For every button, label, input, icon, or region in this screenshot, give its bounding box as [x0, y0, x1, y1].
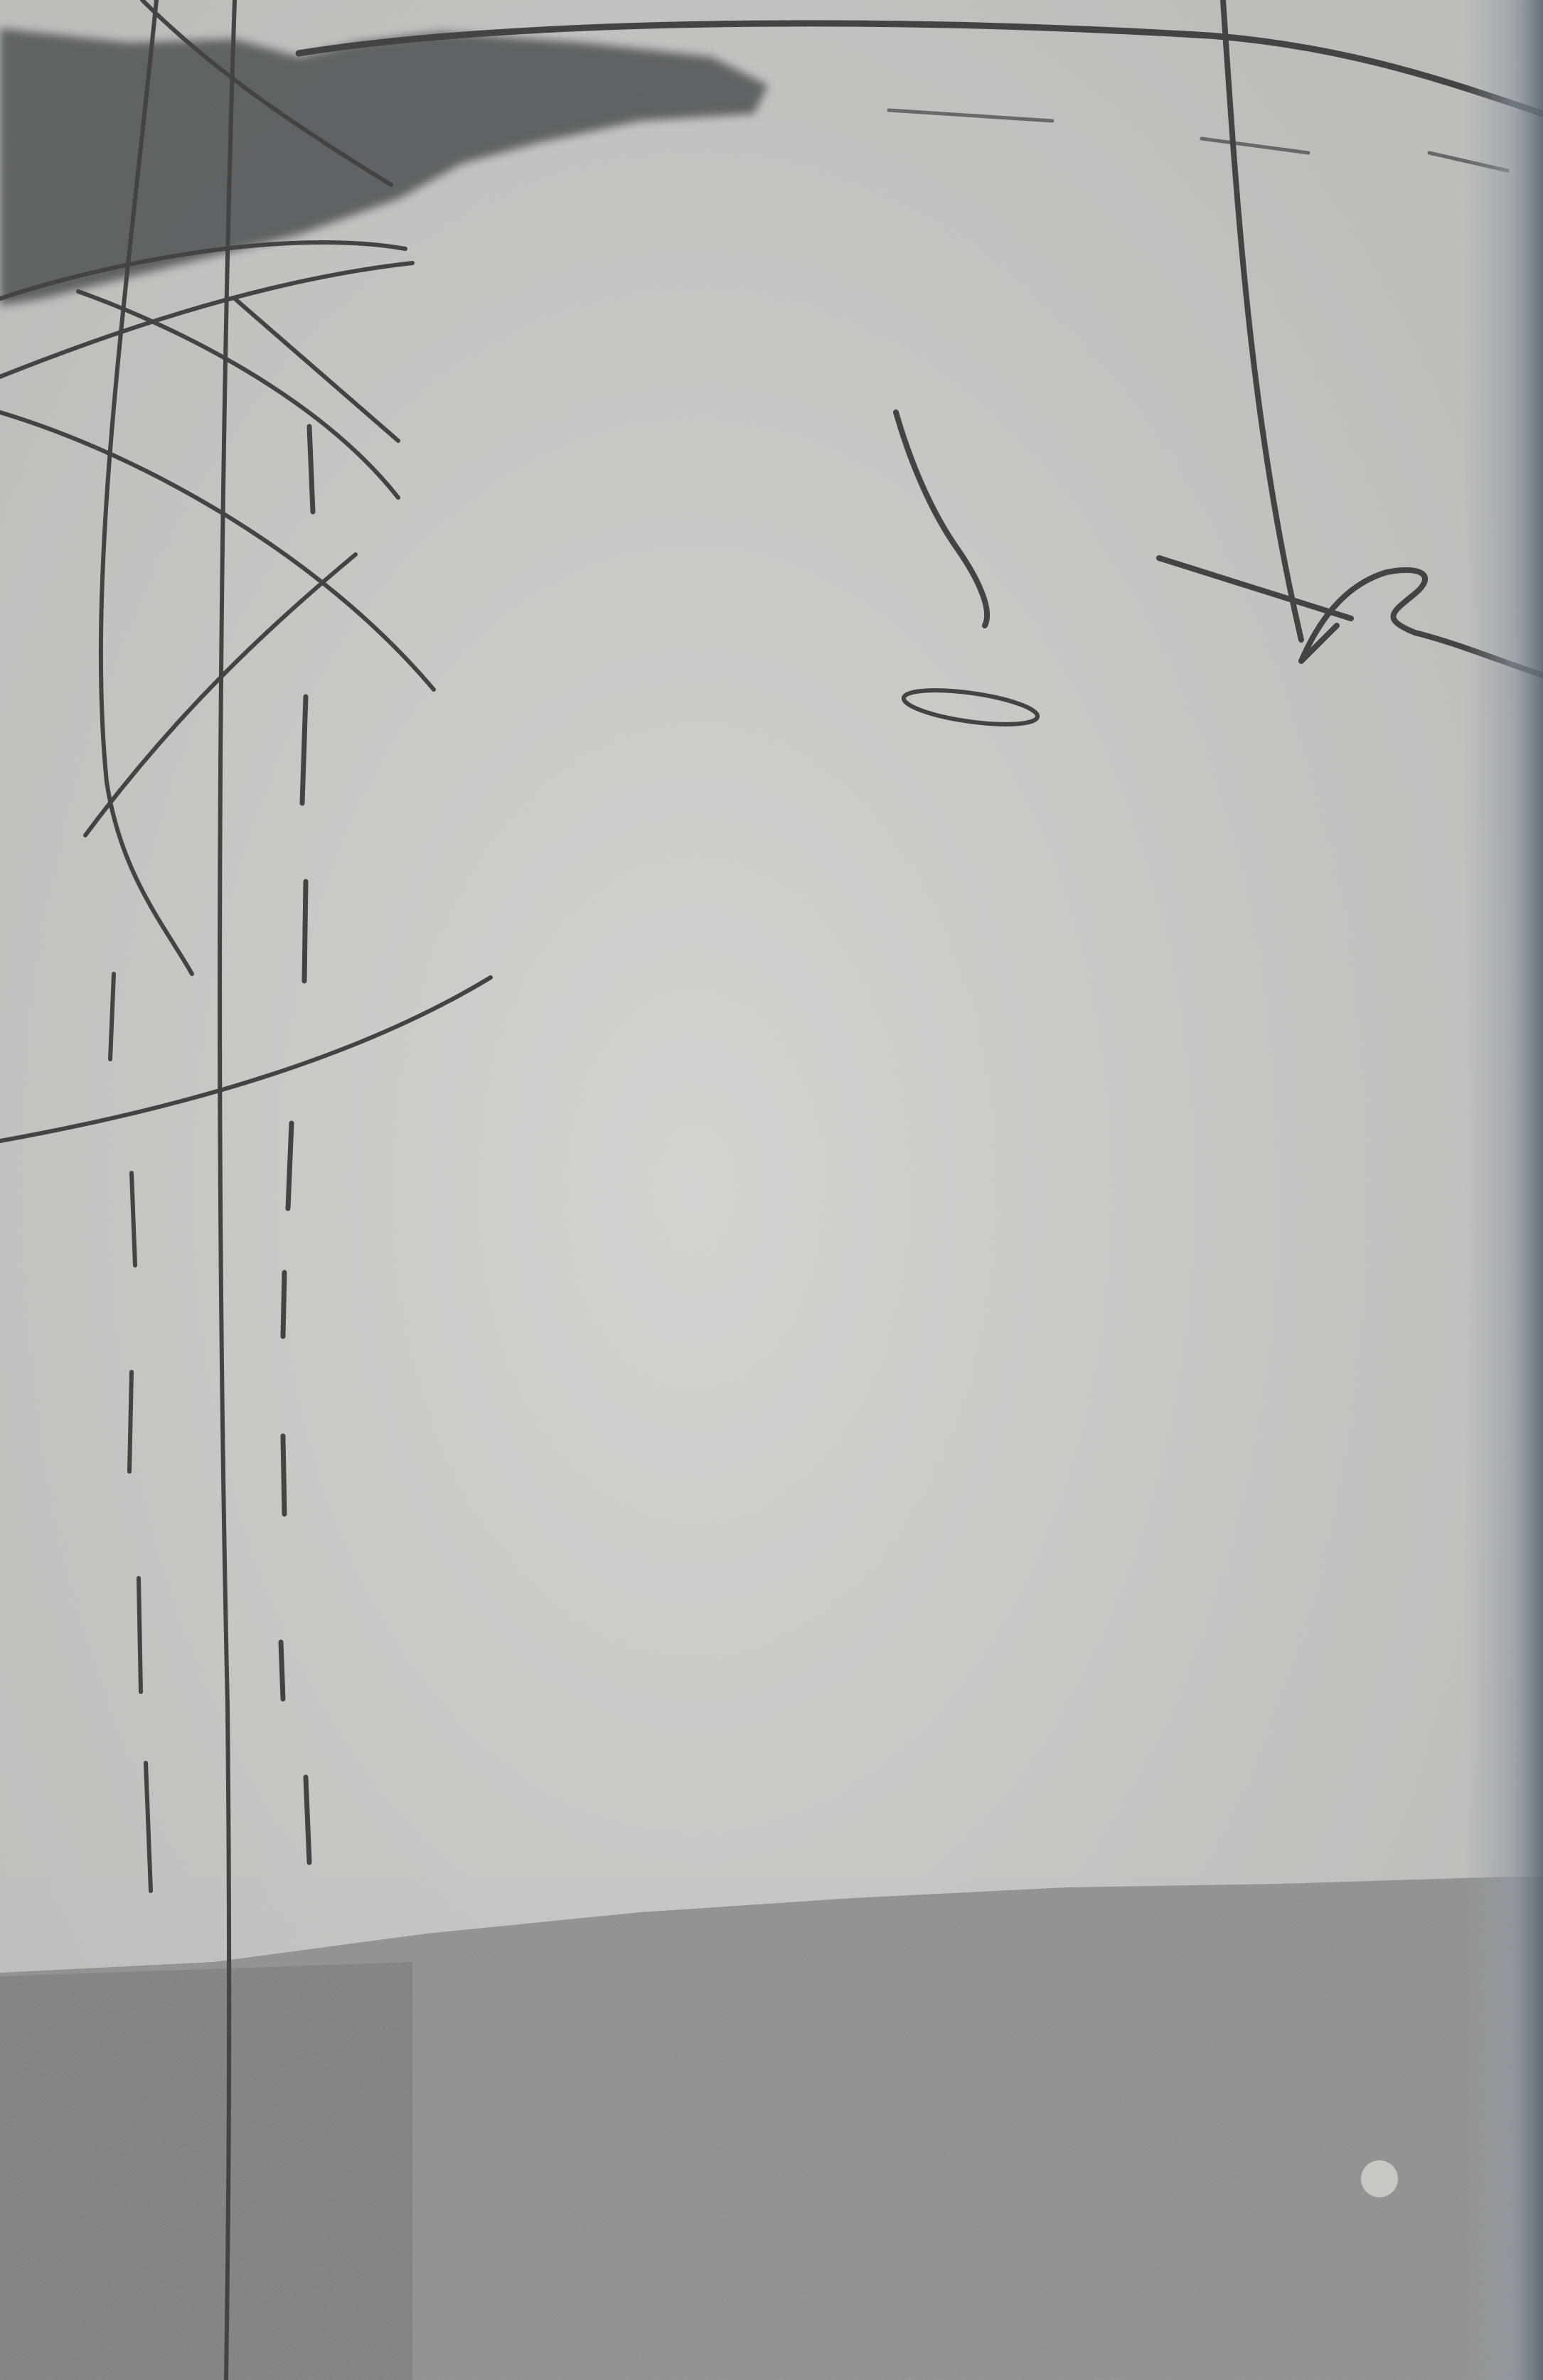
paper-grain [0, 0, 1543, 2380]
blue-shadow-right-edge [1465, 0, 1543, 2380]
etching-artwork [0, 0, 1543, 2380]
